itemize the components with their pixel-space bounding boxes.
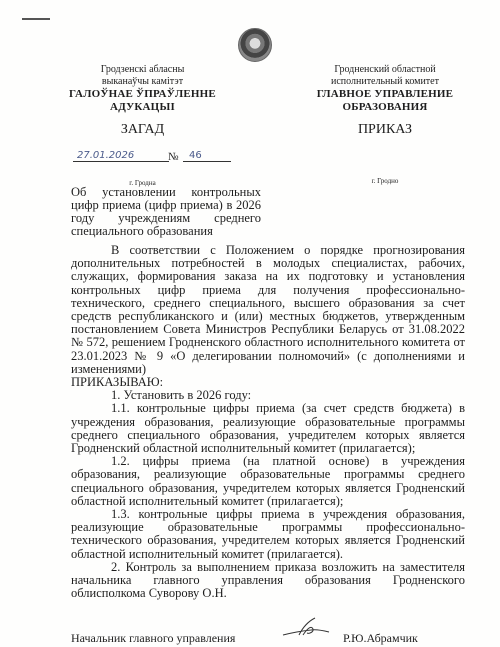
department-title1: ГЛАВНОЕ УПРАВЛЕНИЕ: [310, 88, 460, 101]
order-item: 1.1. контрольные цифры приема (за счет с…: [71, 402, 465, 455]
order-number: 46: [183, 150, 231, 162]
signatory-position: Начальник главного управления: [71, 631, 235, 646]
scan-mark: [22, 18, 50, 20]
registration-line: 27.01.2026 № 46: [73, 150, 223, 164]
order-body: В соответствии с Положением о порядке пр…: [71, 244, 465, 600]
order-item: 1.3. контрольные цифры приема в учрежден…: [71, 508, 465, 561]
order-subject: Об установлении контрольных цифр приема …: [71, 186, 261, 238]
signatory-name: Р.Ю.Абрамчик: [343, 631, 418, 646]
number-label: №: [168, 151, 179, 163]
department-title2: АДУКАЦЫІ: [60, 101, 225, 114]
order-item: 2. Контроль за выполнением приказа возло…: [71, 561, 465, 601]
order-word-belarusian: ЗАГАД: [60, 122, 225, 138]
document-page: Гродзенскі абласны выканаўчы камітэт ГАЛ…: [0, 0, 500, 647]
issuer-line1: Гродненский областной: [310, 64, 460, 76]
order-date: 27.01.2026: [73, 150, 169, 162]
order-word-russian: ПРИКАЗ: [310, 122, 460, 138]
department-title2: ОБРАЗОВАНИЯ: [310, 101, 460, 114]
department-title1: ГАЛОЎНАЕ ЎПРАЎЛЕННЕ: [60, 88, 225, 101]
header-belarusian: Гродзенскі абласны выканаўчы камітэт ГАЛ…: [60, 64, 225, 114]
state-emblem-icon: [238, 28, 272, 62]
order-item: 1.2. цифры приема (на платной основе) в …: [71, 455, 465, 508]
handwritten-signature-icon: [281, 617, 331, 641]
header-russian: Гродненский областной исполнительный ком…: [310, 64, 460, 114]
issuer-line2: выканаўчы камітэт: [60, 76, 225, 88]
issuer-line2: исполнительный комитет: [310, 76, 460, 88]
city-russian: г. Гродно: [310, 177, 460, 185]
issuer-line1: Гродзенскі абласны: [60, 64, 225, 76]
preamble: В соответствии с Положением о порядке пр…: [71, 244, 465, 376]
